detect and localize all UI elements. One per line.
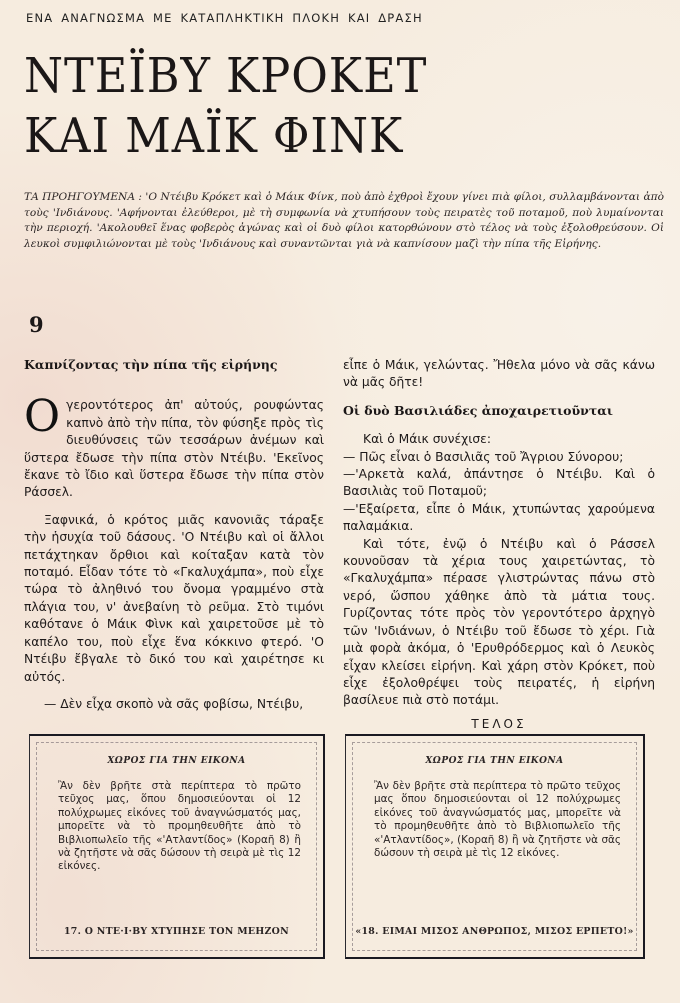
previous-summary: ΤΑ ΠΡΟΗΓΟΥΜΕΝΑ : 'Ο Ντέιβυ Κρόκετ καὶ ὁ … (24, 190, 664, 252)
picture-notice-text: Ἂν δὲν βρῆτε στὰ περίπτερα τὸ πρῶτο τεῦχ… (58, 780, 301, 874)
drop-cap: Ο (24, 399, 60, 435)
chapter-number: 9 (29, 312, 44, 337)
picture-caption: 17. Ο ΝΤΕ·Ι·ΒΥ ΧΤΥΠΗΣΕ ΤΟΝ ΜΕΗΖΟΝ (30, 926, 323, 937)
story-title: ΝΤΕΪΒΥ ΚΡΟΚΕΤ ΚΑΙ ΜΑΪΚ ΦΙΝΚ (24, 46, 427, 166)
dialogue-line: — Πῶς εἶναι ὁ Βασιλιᾶς τοῦ Ἄγριου Σύνορο… (343, 449, 655, 466)
column-left: Καπνίζοντας τὴν πίπα τῆς εἰρήνης Ο γερον… (24, 356, 324, 713)
picture-space-label: ΧΩΡΟΣ ΓΙΑ ΤΗΝ ΕΙΚΟΝΑ (346, 756, 643, 766)
column-right: εἶπε ὁ Μάικ, γελώντας. Ἤθελα μόνο νὰ σᾶς… (343, 357, 655, 733)
title-line-1: ΝΤΕΪΒΥ ΚΡΟΚΕΤ (24, 46, 427, 106)
opening-paragraph: Ο γεροντότερος ἀπ' αὐτούς, ρουφώντας καπ… (24, 397, 324, 501)
title-line-2: ΚΑΙ ΜΑΪΚ ΦΙΝΚ (24, 106, 427, 166)
paragraph-mike-speech-continued: εἶπε ὁ Μάικ, γελώντας. Ἤθελα μόνο νὰ σᾶς… (343, 357, 655, 392)
paragraph-final: Καὶ τότε, ἐνῷ ὁ Ντέιβυ καὶ ὁ Ράσσελ κουν… (343, 536, 655, 710)
section-heading-farewell: Οἱ δυὸ Βασιλιάδες ἀποχαιρετιοῦνται (343, 402, 655, 419)
dialogue-intro: Καὶ ὁ Μάικ συνέχισε: (343, 431, 655, 448)
section-heading-peace-pipe: Καπνίζοντας τὴν πίπα τῆς εἰρήνης (24, 356, 324, 373)
paragraph-cannon: Ξαφνικά, ὁ κρότος μιᾶς κανονιᾶς τάραξε τ… (24, 512, 324, 686)
picture-space-label: ΧΩΡΟΣ ΓΙΑ ΤΗΝ ΕΙΚΟΝΑ (30, 756, 323, 766)
kicker-line: ΕΝΑ ΑΝΑΓΝΩΣΜΑ ΜΕ ΚΑΤΑΠΛΗΚΤΙΚΗ ΠΛΟΚΗ ΚΑΙ … (26, 11, 423, 25)
dialogue-line: —'Αρκετὰ καλά, ἀπάντησε ὁ Ντέιβυ. Καὶ ὁ … (343, 466, 655, 501)
paragraph-mike-speech: — Δὲν εἶχα σκοπὸ νὰ σᾶς φοβίσω, Ντέιβυ, (24, 696, 324, 713)
picture-caption: «18. ΕΙΜΑΙ ΜΙΣΟΣ ΑΝΘΡΩΠΟΣ, ΜΙΣΟΣ ΕΡΠΕΤΟ!… (346, 926, 643, 937)
end-marker: ΤΕΛΟΣ (343, 716, 655, 733)
dialogue-line: —'Εξαίρετα, εἶπε ὁ Μάικ, χτυπώντας χαρού… (343, 501, 655, 536)
picture-notice-text: Ἂν δὲν βρῆτε στὰ περίπτερα τὸ πρῶτο τεῦχ… (374, 780, 621, 860)
picture-placeholder-box-18: ΧΩΡΟΣ ΓΙΑ ΤΗΝ ΕΙΚΟΝΑ Ἂν δὲν βρῆτε στὰ πε… (345, 734, 645, 959)
picture-placeholder-box-17: ΧΩΡΟΣ ΓΙΑ ΤΗΝ ΕΙΚΟΝΑ Ἂν δὲν βρῆτε στὰ πε… (29, 734, 325, 959)
opening-paragraph-text: γεροντότερος ἀπ' αὐτούς, ρουφώντας καπνὸ… (24, 398, 324, 499)
